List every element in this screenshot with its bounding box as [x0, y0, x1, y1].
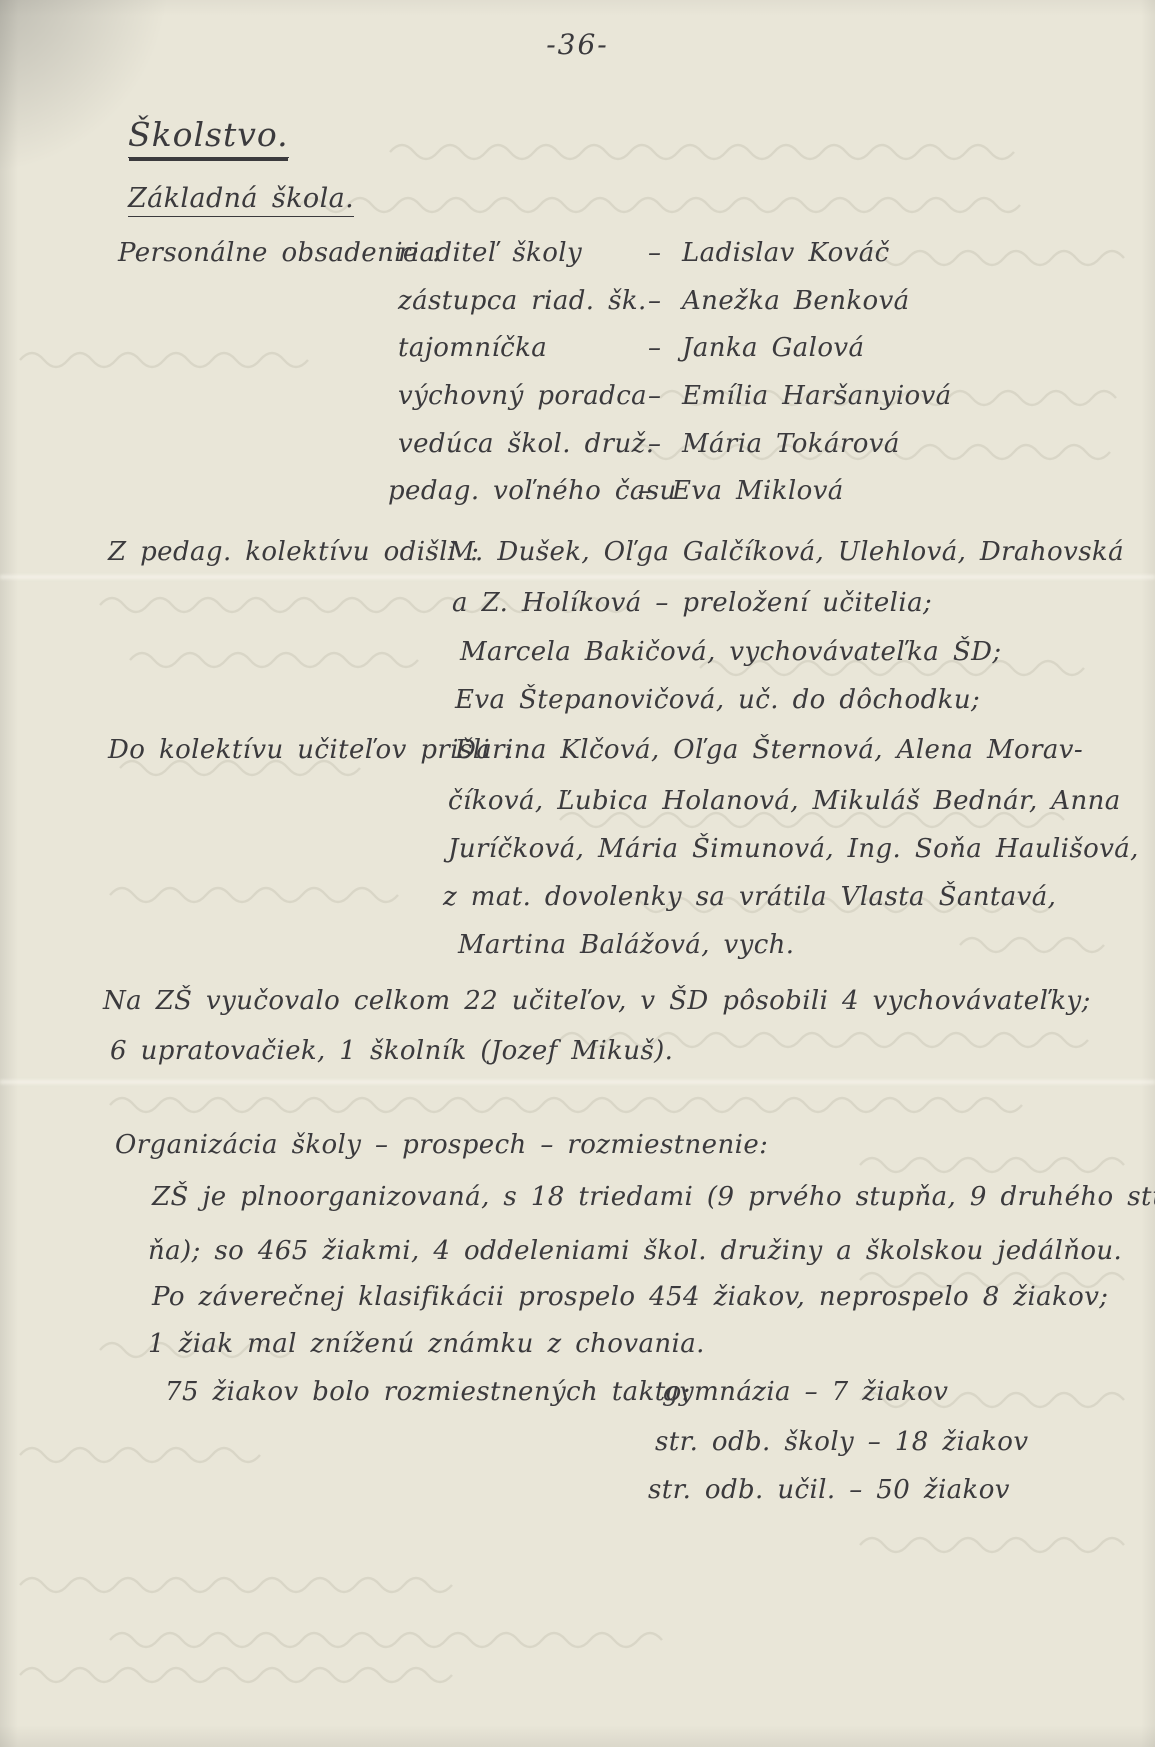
placement-line: str. odb. školy – 18 žiakov: [655, 1427, 1028, 1457]
personnel-row: tajomníčka–Janka Galová: [398, 333, 864, 363]
departures-line: Eva Štepanovičová, uč. do dôchodku;: [455, 685, 980, 715]
section-heading: Školstvo.: [128, 115, 289, 154]
role-dash: –: [648, 238, 682, 268]
role-dash: –: [648, 429, 682, 459]
distribution-label: 75 žiakov bolo rozmiestnených takto:: [165, 1377, 691, 1407]
role-name: tajomníčka: [398, 333, 648, 363]
summary-line: 6 upratovačiek, 1 školník (Jozef Mikuš).: [110, 1036, 673, 1066]
subsection-heading: Základná škola.: [128, 183, 354, 214]
arrivals-line: číková, Ľubica Holanová, Mikuláš Bednár,…: [448, 786, 1121, 816]
departures-line: M. Dušek, Oľga Galčíková, Ulehlová, Drah…: [448, 537, 1124, 567]
page-number: -36-: [0, 28, 1155, 61]
subsection-heading-text: Základná škola.: [128, 183, 354, 217]
person-name: Emília Haršanyiová: [682, 381, 952, 411]
person-name: Mária Tokárová: [682, 429, 900, 459]
role-name: riaditeľ školy: [398, 238, 648, 268]
role-name: zástupca riad. šk.: [398, 286, 648, 316]
summary-line: Na ZŠ vyučovalo celkom 22 učiteľov, v ŠD…: [103, 986, 1091, 1016]
departures-line: a Z. Holíková – preložení učitelia;: [452, 588, 932, 618]
placement-line: str. odb. učil. – 50 žiakov: [648, 1475, 1010, 1505]
personnel-row: vedúca škol. druž.–Mária Tokárová: [398, 429, 900, 459]
person-name: Ladislav Kováč: [682, 238, 890, 268]
person-name: Eva Miklová: [672, 476, 844, 506]
arrivals-line: z mat. dovolenky sa vrátila Vlasta Šanta…: [443, 882, 1056, 912]
organization-line: ZŠ je plnoorganizovaná, s 18 triedami (9…: [152, 1182, 1155, 1212]
person-name: Janka Galová: [682, 333, 864, 363]
role-name: pedag. voľného času: [388, 476, 638, 506]
role-dash: –: [648, 333, 682, 363]
role-name: vedúca škol. druž.: [398, 429, 648, 459]
arrivals-line: Juríčková, Mária Šimunová, Ing. Soňa Hau…: [448, 834, 1139, 864]
organization-line: Po záverečnej klasifikácii prospelo 454 …: [152, 1282, 1108, 1312]
personnel-row: zástupca riad. šk.–Anežka Benková: [398, 286, 910, 316]
role-dash: –: [638, 476, 672, 506]
arrivals-line: Martina Balážová, vych.: [458, 930, 794, 960]
role-dash: –: [648, 381, 682, 411]
personnel-row: pedag. voľného času–Eva Miklová: [388, 476, 844, 506]
personnel-row: riaditeľ školy–Ladislav Kováč: [398, 238, 890, 268]
arrivals-line: Darina Klčová, Oľga Šternová, Alena Mora…: [455, 735, 1083, 765]
section-heading-text: Školstvo.: [128, 115, 289, 158]
paper-crease: [0, 1080, 1155, 1084]
personnel-row: výchovný poradca–Emília Haršanyiová: [398, 381, 952, 411]
arrivals-label: Do kolektívu učiteľov prišli :: [108, 735, 513, 765]
organization-line: 1 žiak mal zníženú známku z chovania.: [148, 1329, 705, 1359]
role-dash: –: [648, 286, 682, 316]
personnel-label: Personálne obsadenie :: [118, 238, 442, 268]
person-name: Anežka Benková: [682, 286, 910, 316]
chronicle-page: -36- Školstvo. Základná škola. Personáln…: [0, 0, 1155, 1747]
placement-line: gymnázia – 7 žiakov: [662, 1377, 948, 1407]
organization-line: ňa); so 465 žiakmi, 4 oddeleniami škol. …: [148, 1236, 1122, 1266]
role-name: výchovný poradca: [398, 381, 648, 411]
departures-line: Marcela Bakičová, vychovávateľka ŠD;: [460, 637, 1002, 667]
organization-heading: Organizácia školy – prospech – rozmiestn…: [115, 1130, 768, 1160]
departures-label: Z pedag. kolektívu odišli :: [108, 537, 479, 567]
paper-crease: [0, 575, 1155, 579]
